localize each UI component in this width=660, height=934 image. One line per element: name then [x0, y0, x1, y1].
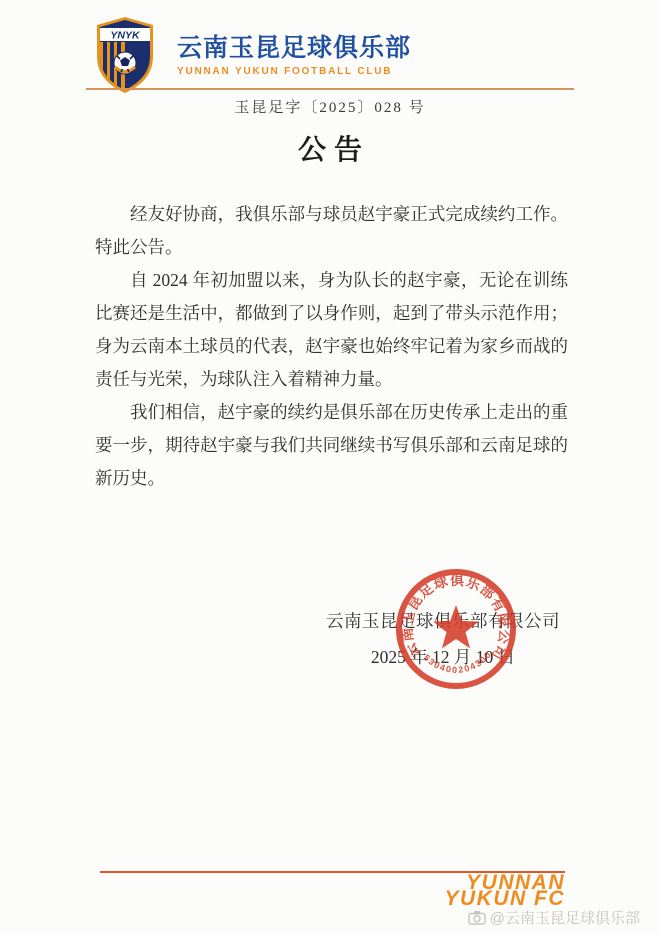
club-crest-logo: YNYK — [94, 16, 156, 94]
footer-brand: YUNNAN YUKUN FC — [445, 875, 566, 907]
header-divider — [86, 88, 574, 90]
club-name-chinese: 云南玉昆足球俱乐部 — [177, 34, 411, 62]
club-names: 云南玉昆足球俱乐部 YUNNAN YUKUN FOOTBALL CLUB — [177, 34, 411, 77]
announcement-page: YNYK 云南玉昆足球俱乐部 YUNNAN YUKUN FOOTBALL CLU… — [0, 0, 660, 934]
paragraph-2: 自 2024 年初加盟以来，身为队长的赵宇豪，无论在训练比赛还是生活中，都做到了… — [95, 264, 568, 396]
camera-icon — [468, 910, 486, 925]
star-icon — [433, 605, 479, 648]
document-body: 经友好协商，我俱乐部与球员赵宇豪正式完成续约工作。特此公告。 自 2024 年初… — [95, 198, 568, 495]
paragraph-3: 我们相信，赵宇豪的续约是俱乐部在历史传承上走出的重要一步，期待赵宇豪与我们共同继… — [95, 396, 568, 495]
page-title: 公告 — [0, 128, 660, 168]
paragraph-1: 经友好协商，我俱乐部与球员赵宇豪正式完成续约工作。特此公告。 — [95, 198, 568, 264]
club-name-english: YUNNAN YUKUN FOOTBALL CLUB — [177, 66, 411, 77]
official-seal: 云南玉昆足球俱乐部有限公司 5304002043007 — [374, 547, 538, 711]
seal-number: 5304002043007 — [374, 547, 494, 675]
weibo-watermark: @云南玉昆足球俱乐部 — [468, 907, 640, 928]
document-ref-number: 玉昆足字〔2025〕028 号 — [0, 96, 660, 117]
footer-brand-line2: YUKUN FC — [445, 891, 566, 907]
watermark-text: @云南玉昆足球俱乐部 — [490, 907, 640, 928]
crest-badge-text: YNYK — [110, 30, 141, 42]
svg-text:5304002043007: 5304002043007 — [374, 547, 494, 675]
